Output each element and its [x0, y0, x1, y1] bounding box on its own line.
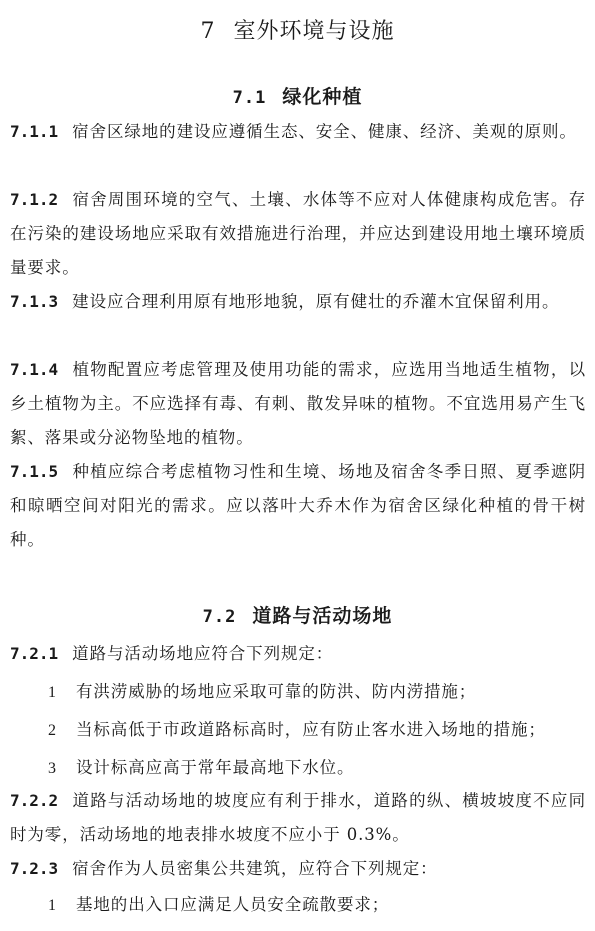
clause-number: 7.2.3	[10, 859, 58, 878]
clause-7-1-2: 7.1.2宿舍周围环境的空气、土壤、水体等不应对人体健康构成危害。存在污染的建设…	[10, 183, 586, 285]
list-item: 1有洪涝威胁的场地应采取可靠的防洪、防内涝措施；	[48, 675, 588, 710]
clause-number: 7.1.1	[10, 122, 58, 141]
chapter-title: 7室外环境与设施	[0, 17, 595, 47]
section-title-text: 绿化种植	[282, 86, 362, 108]
clause-text: 宿舍区绿地的建设应遵循生态、安全、健康、经济、美观的原则。	[72, 122, 577, 141]
item-number: 1	[48, 676, 76, 710]
section-number: 7.1	[233, 88, 267, 108]
clause-number: 7.1.5	[10, 462, 58, 481]
section-number: 7.2	[203, 607, 237, 627]
clause-text: 道路与活动场地应符合下列规定：	[72, 644, 333, 663]
item-text: 设计标高应高于常年最高地下水位。	[76, 758, 354, 777]
clause-text: 种植应综合考虑植物习性和生境、场地及宿舍冬季日照、夏季遮阴和晾晒空间对阳光的需求…	[10, 462, 586, 549]
item-number: 1	[48, 889, 76, 923]
clause-text: 宿舍周围环境的空气、土壤、水体等不应对人体健康构成危害。存在污染的建设场地应采取…	[10, 190, 586, 277]
document-page: 7室外环境与设施 7.1绿化种植 7.1.1宿舍区绿地的建设应遵循生态、安全、健…	[0, 0, 595, 931]
clause-7-1-4: 7.1.4植物配置应考虑管理及使用功能的需求，应选用当地适生植物，以乡土植物为主…	[10, 353, 586, 455]
clause-text: 植物配置应考虑管理及使用功能的需求，应选用当地适生植物，以乡土植物为主。不应选择…	[10, 360, 586, 447]
section-title-text: 道路与活动场地	[252, 605, 392, 627]
item-text: 当标高低于市政道路标高时，应有防止客水进入场地的措施；	[76, 720, 546, 739]
clause-7-2-1: 7.2.1道路与活动场地应符合下列规定：	[10, 637, 586, 671]
clause-7-1-1: 7.1.1宿舍区绿地的建设应遵循生态、安全、健康、经济、美观的原则。	[10, 115, 586, 149]
clause-text: 道路与活动场地的坡度应有利于排水，道路的纵、横坡坡度不应同时为零，活动场地的地表…	[10, 791, 586, 844]
clause-number: 7.1.3	[10, 292, 58, 311]
clause-text: 宿舍作为人员密集公共建筑，应符合下列规定：	[72, 859, 437, 878]
section-title-7-1: 7.1绿化种植	[0, 84, 595, 111]
clause-number: 7.2.1	[10, 644, 58, 663]
item-number: 3	[48, 752, 76, 786]
list-item: 2当标高低于市政道路标高时，应有防止客水进入场地的措施；	[48, 713, 588, 748]
item-text: 有洪涝威胁的场地应采取可靠的防洪、防内涝措施；	[76, 682, 476, 701]
clause-7-1-3: 7.1.3建设应合理利用原有地形地貌，原有健壮的乔灌木宜保留利用。	[10, 285, 586, 319]
item-text: 基地的出入口应满足人员安全疏散要求；	[76, 895, 389, 914]
item-number: 2	[48, 714, 76, 748]
chapter-number: 7	[200, 19, 215, 44]
clause-7-2-3: 7.2.3宿舍作为人员密集公共建筑，应符合下列规定：	[10, 852, 586, 886]
clause-7-1-5: 7.1.5种植应综合考虑植物习性和生境、场地及宿舍冬季日照、夏季遮阴和晾晒空间对…	[10, 455, 586, 557]
clause-number: 7.1.2	[10, 190, 58, 209]
chapter-title-text: 室外环境与设施	[233, 19, 394, 44]
clause-7-2-2: 7.2.2道路与活动场地的坡度应有利于排水，道路的纵、横坡坡度不应同时为零，活动…	[10, 784, 586, 852]
clause-text: 建设应合理利用原有地形地貌，原有健壮的乔灌木宜保留利用。	[72, 292, 559, 311]
clause-number: 7.1.4	[10, 360, 58, 379]
list-item: 1基地的出入口应满足人员安全疏散要求；	[48, 888, 588, 923]
section-title-7-2: 7.2道路与活动场地	[0, 603, 595, 630]
list-item: 3设计标高应高于常年最高地下水位。	[48, 751, 588, 786]
clause-number: 7.2.2	[10, 791, 58, 810]
